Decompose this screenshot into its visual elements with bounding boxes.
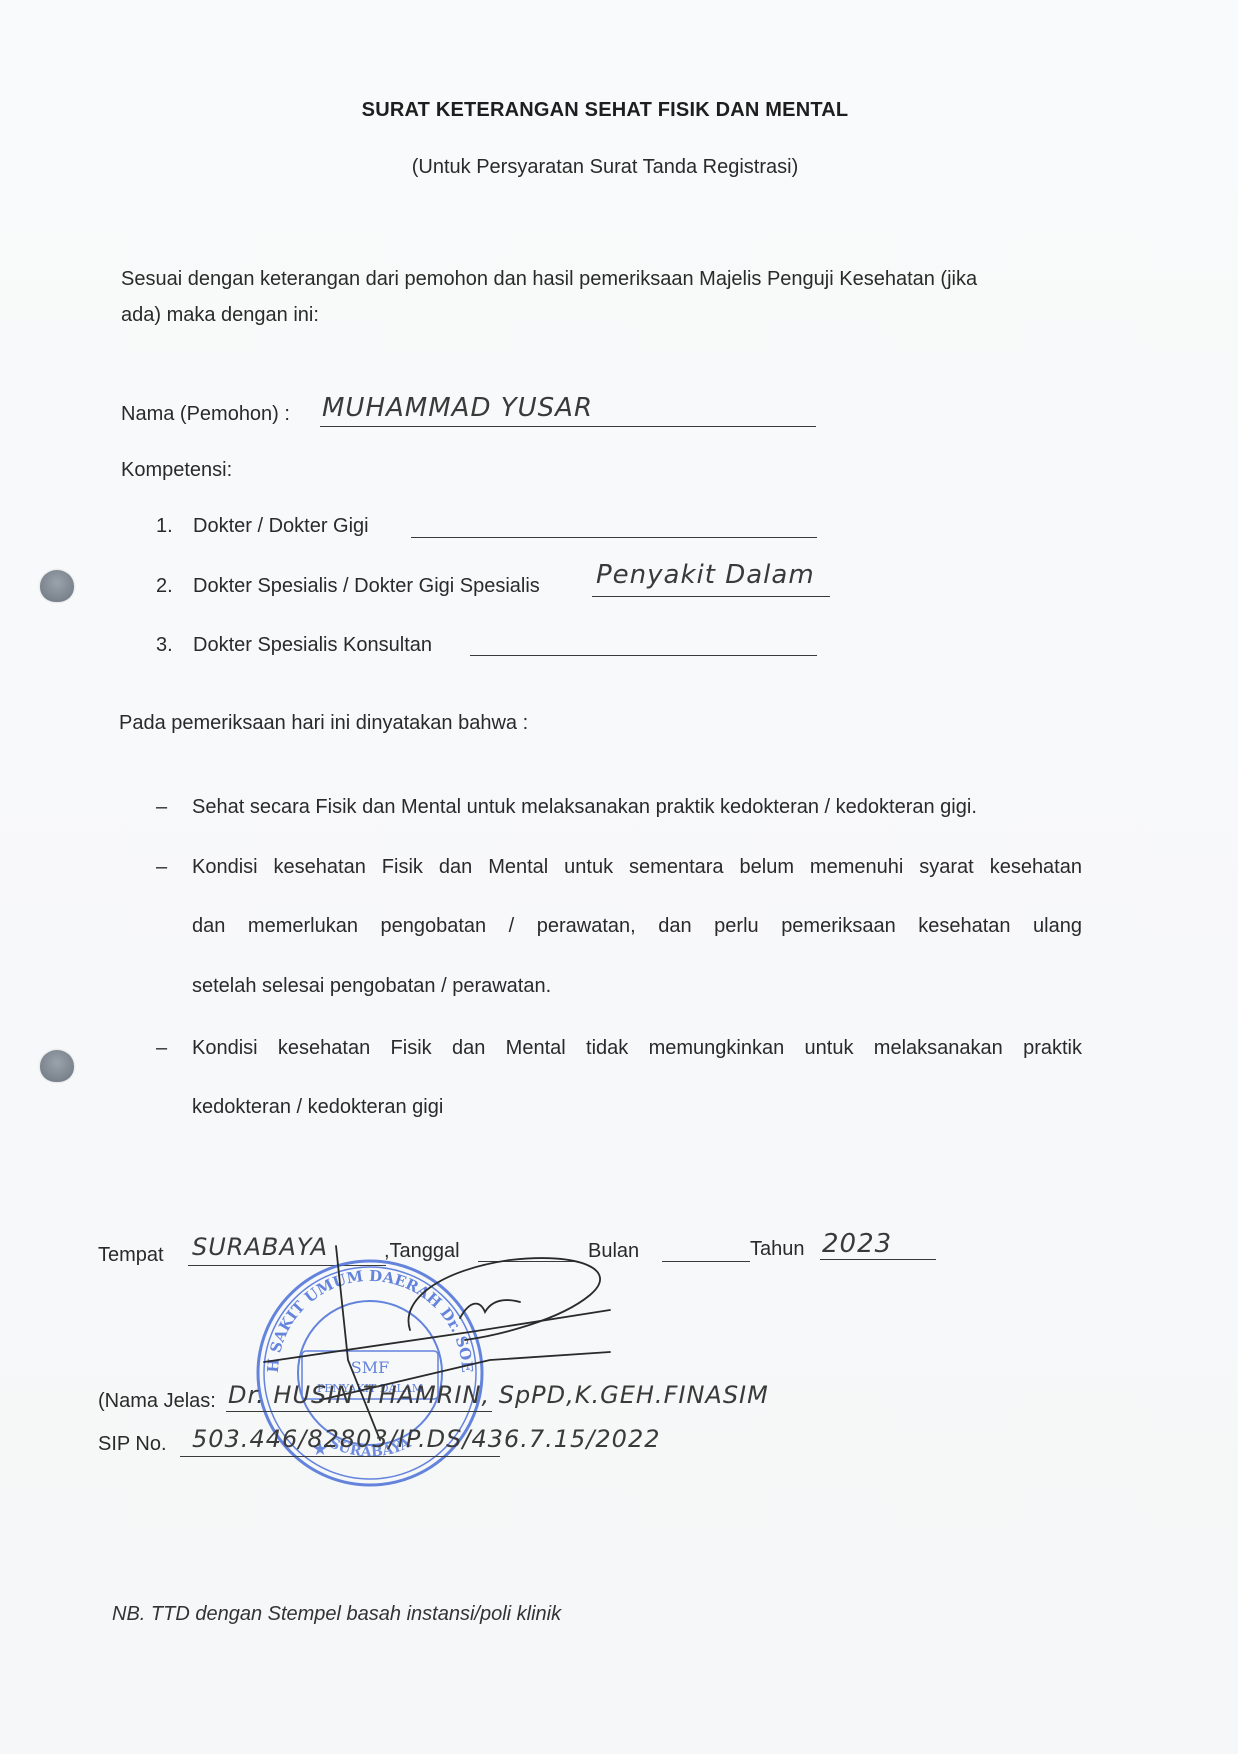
sip-line xyxy=(180,1456,500,1457)
month-line[interactable] xyxy=(662,1261,750,1262)
punch-hole-top xyxy=(40,570,74,602)
document-page: SURAT KETERANGAN SEHAT FISIK DAN MENTAL … xyxy=(0,0,1238,1754)
statement-2-bullet: – xyxy=(156,856,167,879)
sip-label: SIP No. xyxy=(98,1433,167,1456)
year-value[interactable]: 2023 xyxy=(822,1229,892,1259)
competency-item-1-line[interactable] xyxy=(411,537,817,538)
statement-3-line-2: kedokteran / kedokteran gigi xyxy=(192,1096,443,1119)
competency-item-2-number: 2. xyxy=(156,575,173,598)
signer-name-line xyxy=(226,1411,492,1412)
statement-2-line-1: Kondisi kesehatan Fisik dan Mental untuk… xyxy=(192,856,1082,879)
intro-line-1: Sesuai dengan keterangan dari pemohon da… xyxy=(121,268,977,291)
competency-item-1-number: 1. xyxy=(156,515,173,538)
intro-line-2: ada) maka dengan ini: xyxy=(121,304,319,327)
statement-2-line-3: setelah selesai pengobatan / perawatan. xyxy=(192,975,551,998)
competency-item-2-value[interactable]: Penyakit Dalam xyxy=(596,560,815,590)
applicant-name-label: Nama (Pemohon) : xyxy=(121,403,290,426)
footnote: NB. TTD dengan Stempel basah instansi/po… xyxy=(112,1603,561,1626)
competency-item-1-label: Dokter / Dokter Gigi xyxy=(193,515,369,538)
statement-intro: Pada pemeriksaan hari ini dinyatakan bah… xyxy=(119,712,528,735)
year-label: Tahun xyxy=(750,1238,805,1261)
punch-hole-bottom xyxy=(40,1050,74,1082)
signer-name-label: (Nama Jelas: xyxy=(98,1390,216,1413)
place-label: Tempat xyxy=(98,1244,164,1267)
statement-3-bullet: – xyxy=(156,1037,167,1060)
applicant-name-line xyxy=(320,426,816,427)
competency-item-3-line[interactable] xyxy=(470,655,817,656)
statement-3-line-1: Kondisi kesehatan Fisik dan Mental tidak… xyxy=(192,1037,1082,1060)
sip-value[interactable]: 503.446/82803/IP.DS/436.7.15/2022 xyxy=(192,1425,660,1453)
document-title: SURAT KETERANGAN SEHAT FISIK DAN MENTAL xyxy=(0,99,1210,122)
competency-item-2-line xyxy=(592,596,830,597)
document-subtitle: (Untuk Persyaratan Surat Tanda Registras… xyxy=(0,156,1210,179)
statement-1-bullet: – xyxy=(156,796,167,819)
competency-label: Kompetensi: xyxy=(121,459,232,482)
year-line xyxy=(820,1259,936,1260)
competency-item-3-number: 3. xyxy=(156,634,173,657)
statement-1-line-1: Sehat secara Fisik dan Mental untuk mela… xyxy=(192,796,977,819)
signer-name-value[interactable]: Dr. HUSIN THAMRIN, SpPD,K.GEH.FINASIM xyxy=(228,1381,769,1409)
competency-item-2-label: Dokter Spesialis / Dokter Gigi Spesialis xyxy=(193,575,540,598)
competency-item-3-label: Dokter Spesialis Konsultan xyxy=(193,634,432,657)
statement-2-line-2: dan memerlukan pengobatan / perawatan, d… xyxy=(192,915,1082,938)
applicant-name-value[interactable]: MUHAMMAD YUSAR xyxy=(322,393,593,423)
